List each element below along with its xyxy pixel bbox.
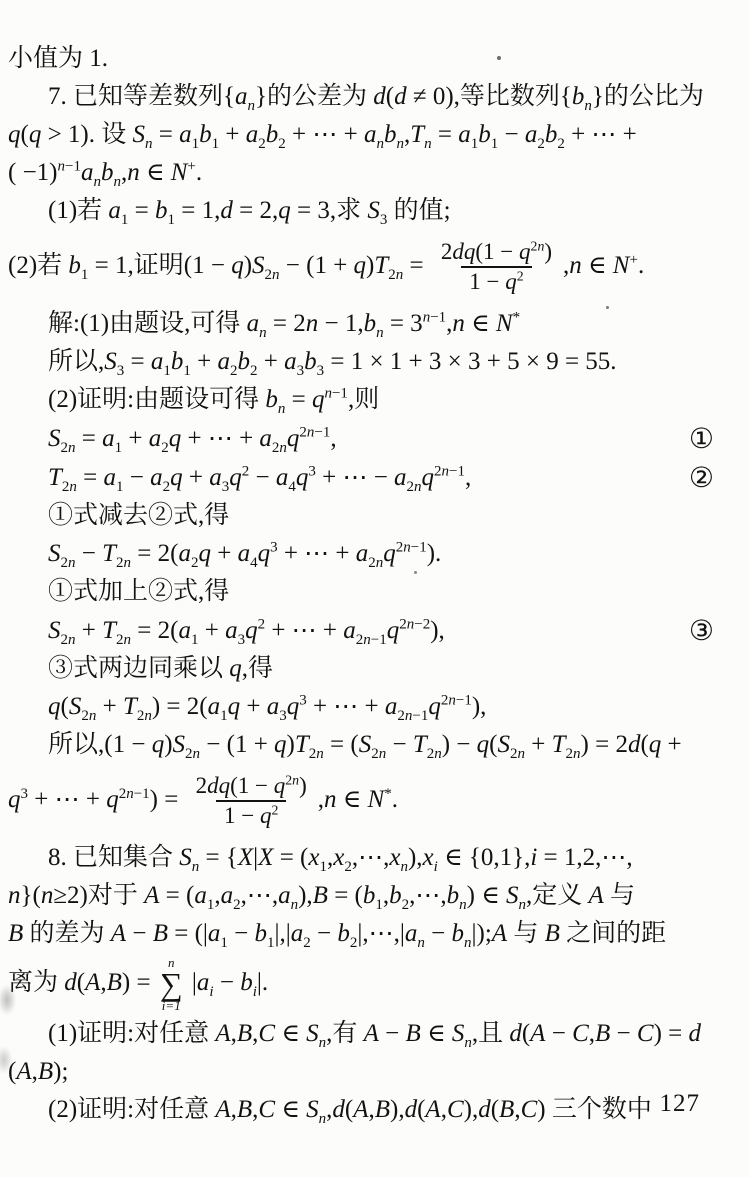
line-text: S2n = a1 + a2q + ⋯ + a2nq2n−1, (48, 420, 337, 458)
line-text: (A,B); (8, 1053, 68, 1091)
line-text: S2n − T2n = 2(a2q + a4q3 + ⋯ + a2nq2n−1)… (48, 535, 441, 573)
text-line: B 的差为 A − B = (|a1 − b1|,|a2 − b2|,⋯,|an… (8, 915, 714, 953)
line-text: 7. 已知等差数列{an}的公差为 d(d ≠ 0),等比数列{bn}的公比为 (48, 78, 704, 116)
line-text: 8. 已知集合 Sn = {X|X = (x1,x2,⋯,xn),xi ∈ {0… (48, 839, 633, 877)
text-line: q(S2n + T2n) = 2(a1q + a3q3 + ⋯ + a2n−1q… (8, 688, 714, 726)
line-text: q(q > 1). 设 Sn = a1b1 + a2b2 + ⋯ + anbn,… (8, 116, 637, 154)
equation-marker: ② (679, 460, 714, 498)
text-line: ①式加上②式,得 (8, 573, 714, 611)
line-text: q(S2n + T2n) = 2(a1q + a3q3 + ⋯ + a2n−1q… (48, 688, 486, 726)
text-line: (1)证明:对任意 A,B,C ∈ Sn,有 A − B ∈ Sn,且 d(A … (8, 1015, 714, 1053)
line-text: S2n + T2n = 2(a1 + a3q2 + ⋯ + a2n−1q2n−2… (48, 612, 445, 650)
text-line: (1)若 a1 = b1 = 1,d = 2,q = 3,求 S3 的值; (8, 192, 714, 230)
line-text: 所以,S3 = a1b1 + a2b2 + a3b3 = 1 × 1 + 3 ×… (48, 343, 617, 381)
text-line: (A,B); (8, 1053, 714, 1091)
line-text: n}(n≥2)对于 A = (a1,a2,⋯,an),B = (b1,b2,⋯,… (8, 877, 635, 915)
text-line: S2n − T2n = 2(a2q + a4q3 + ⋯ + a2nq2n−1)… (8, 535, 714, 573)
line-text: (1)若 a1 = b1 = 1,d = 2,q = 3,求 S3 的值; (48, 192, 451, 230)
line-text: 离为 d(A,B) = n∑i=1 |ai − bi|. (8, 956, 268, 1012)
scanned-textbook-page: 小值为 1.7. 已知等差数列{an}的公差为 d(d ≠ 0),等比数列{bn… (0, 0, 750, 1177)
document-lines: 小值为 1.7. 已知等差数列{an}的公差为 d(d ≠ 0),等比数列{bn… (8, 40, 714, 1129)
text-line: ①式减去②式,得 (8, 497, 714, 535)
text-line: (2)证明:由题设可得 bn = qn−1,则 (8, 381, 714, 419)
text-line: S2n + T2n = 2(a1 + a3q2 + ⋯ + a2n−1q2n−2… (8, 611, 714, 650)
text-line: 解:(1)由题设,可得 an = 2n − 1,bn = 3n−1,n ∈ N* (8, 305, 714, 343)
line-text: (2)若 b1 = 1,证明(1 − q)S2n − (1 + q)T2n = … (8, 239, 644, 296)
line-text: ①式减去②式,得 (48, 497, 229, 535)
line-text: 解:(1)由题设,可得 an = 2n − 1,bn = 3n−1,n ∈ N* (48, 305, 520, 343)
line-text: (1)证明:对任意 A,B,C ∈ Sn,有 A − B ∈ Sn,且 d(A … (48, 1015, 701, 1053)
line-text: ①式加上②式,得 (48, 573, 229, 611)
line-text: T2n = a1 − a2q + a3q2 − a4q3 + ⋯ − a2nq2… (48, 459, 471, 497)
text-line: (2)若 b1 = 1,证明(1 − q)S2n − (1 + q)T2n = … (8, 230, 714, 305)
text-line: (2)证明:对任意 A,B,C ∈ Sn,d(A,B),d(A,C),d(B,C… (8, 1091, 714, 1129)
page-number: 127 (660, 1090, 701, 1118)
text-line: q3 + ⋯ + q2n−1) = 2dq(1 − q2n)1 − q2,n ∈… (8, 764, 714, 839)
text-line: S2n = a1 + a2q + ⋯ + a2nq2n−1,① (8, 419, 714, 458)
text-line: q(q > 1). 设 Sn = a1b1 + a2b2 + ⋯ + anbn,… (8, 116, 714, 154)
text-line: 所以,S3 = a1b1 + a2b2 + a3b3 = 1 × 1 + 3 ×… (8, 343, 714, 381)
line-text: ( −1)n−1anbn,n ∈ N+. (8, 154, 202, 192)
text-line: ( −1)n−1anbn,n ∈ N+. (8, 154, 714, 192)
text-line: n}(n≥2)对于 A = (a1,a2,⋯,an),B = (b1,b2,⋯,… (8, 877, 714, 915)
text-line: ③式两边同乘以 q,得 (8, 650, 714, 688)
line-text: (2)证明:对任意 A,B,C ∈ Sn,d(A,B),d(A,C),d(B,C… (48, 1091, 652, 1129)
text-line: 7. 已知等差数列{an}的公差为 d(d ≠ 0),等比数列{bn}的公比为 (8, 78, 714, 116)
text-line: 离为 d(A,B) = n∑i=1 |ai − bi|. (8, 953, 714, 1015)
text-line: 小值为 1. (8, 40, 714, 78)
equation-marker: ③ (679, 613, 714, 651)
text-line: 8. 已知集合 Sn = {X|X = (x1,x2,⋯,xn),xi ∈ {0… (8, 839, 714, 877)
line-text: ③式两边同乘以 q,得 (48, 650, 273, 688)
line-text: 所以,(1 − q)S2n − (1 + q)T2n = (S2n − T2n)… (48, 726, 682, 764)
line-text: 小值为 1. (8, 40, 108, 78)
line-text: B 的差为 A − B = (|a1 − b1|,|a2 − b2|,⋯,|an… (8, 915, 666, 953)
text-line: 所以,(1 − q)S2n − (1 + q)T2n = (S2n − T2n)… (8, 726, 714, 764)
equation-marker: ① (679, 421, 714, 459)
line-text: (2)证明:由题设可得 bn = qn−1,则 (48, 381, 379, 419)
line-text: q3 + ⋯ + q2n−1) = 2dq(1 − q2n)1 − q2,n ∈… (8, 773, 398, 830)
text-line: T2n = a1 − a2q + a3q2 − a4q3 + ⋯ − a2nq2… (8, 458, 714, 497)
